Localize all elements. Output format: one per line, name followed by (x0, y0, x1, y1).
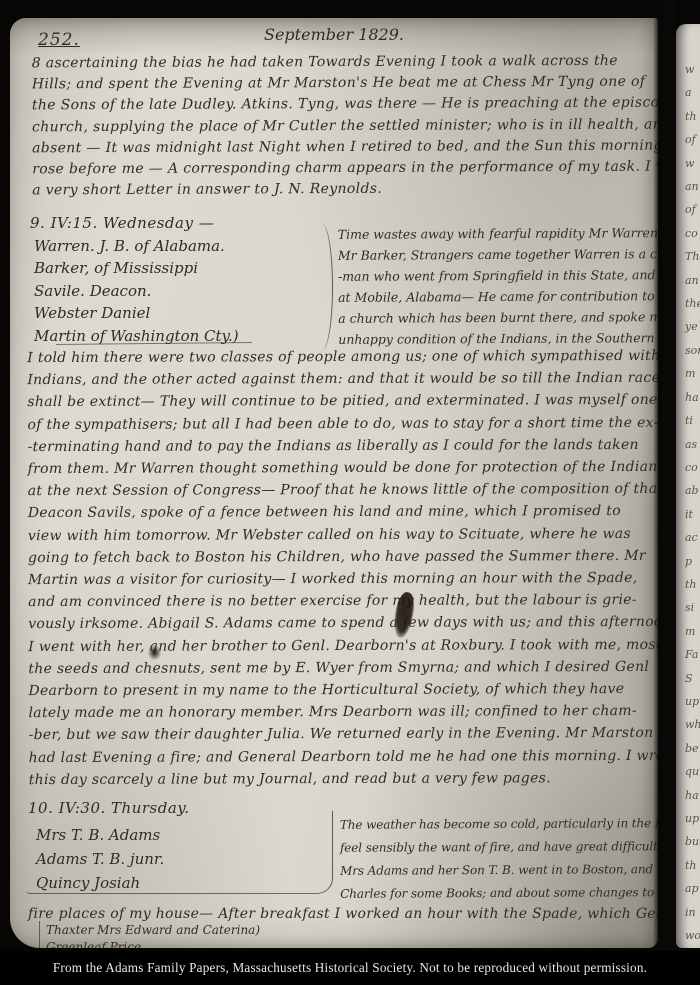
text-fragment: m (685, 620, 700, 643)
manuscript-line: this day scarcely a line but my Journal,… (29, 767, 657, 791)
manuscript-line: Greenleaf Price. (46, 939, 466, 948)
manuscript-line: absent — It was midnight last Night when… (32, 135, 648, 159)
manuscript-line: from them. Mr Warren thought something w… (28, 456, 656, 480)
attribution-band: From the Adams Family Papers, Massachuse… (0, 951, 700, 985)
text-fragment: ti (685, 409, 700, 432)
margin-brace (316, 224, 333, 350)
manuscript-line: the Sons of the late Dudley. Atkins. Tyn… (32, 93, 648, 117)
entry-sep10-side-column: The weather has become so cold, particul… (340, 812, 654, 906)
text-fragment: ha (685, 784, 700, 807)
entry-sep9-margin-names: Warren. J. B. of Alabama.Barker, of Miss… (34, 235, 324, 347)
margin-box (26, 811, 333, 894)
adjacent-page-fragments: wathofwanofcoThaantheyesonmhatiascoabita… (676, 24, 700, 947)
manuscript-line: Time wastes away with fearful rapidity M… (338, 222, 654, 245)
manuscript-line: and am convinced there is no better exer… (28, 589, 656, 613)
ink-smudge (148, 645, 161, 660)
manuscript-line: a very short Letter in answer to J. N. R… (32, 178, 648, 202)
text-fragment: co (685, 456, 700, 479)
text-fragment: qu (685, 760, 700, 783)
manuscript-line: Thaxter Mrs Edward and Caterina) (46, 922, 466, 939)
text-fragment: a (685, 81, 700, 104)
manuscript-line: at Mobile, Alabama— He came for contribu… (338, 285, 654, 308)
text-fragment: wh (685, 713, 700, 736)
manuscript-line: Deacon Savils, spoke of a fence between … (28, 500, 656, 524)
entry-sep9-body: I told him there were two classes of peo… (27, 345, 657, 791)
text-fragment: an (685, 269, 700, 292)
text-fragment: of (685, 128, 700, 151)
manuscript-line: at the next Session of Congress— Proof t… (28, 478, 656, 502)
entry-sep10-inserted-names: Thaxter Mrs Edward and Caterina)Greenlea… (46, 922, 466, 948)
manuscript-line: 8 ascertaining the bias he had taken Tow… (32, 51, 648, 75)
text-fragment: ap (685, 877, 700, 900)
manuscript-line: the seeds and chesnuts, sent me by E. Wy… (28, 656, 656, 680)
binding-gutter (653, 0, 677, 952)
entry-sep9-side-column: Time wastes away with fearful rapidity M… (338, 222, 655, 350)
text-fragment: up (685, 807, 700, 830)
text-fragment: ha (685, 386, 700, 409)
text-fragment: w (685, 152, 700, 175)
manuscript-line: feel sensibly the want of fire, and have… (340, 835, 654, 860)
text-fragment: S (685, 667, 700, 690)
text-fragment: w (685, 58, 700, 81)
text-fragment: but (685, 830, 700, 853)
manuscript-line: shall be extinct— They will continue to … (27, 389, 655, 413)
manuscript-line: I told him there were two classes of peo… (27, 345, 655, 369)
manuscript-line: of the sympathisers; but all I had been … (27, 412, 655, 436)
text-fragment: Tha (685, 245, 700, 268)
text-fragment: Fa (685, 643, 700, 666)
adjacent-page-sliver: wathofwanofcoThaantheyesonmhatiascoabita… (676, 24, 700, 948)
text-fragment: th (685, 573, 700, 596)
entry-sep8: 8 ascertaining the bias he had taken Tow… (32, 51, 649, 202)
text-fragment: ye (685, 315, 700, 338)
manuscript-line: Dearborn to present in my name to the Ho… (28, 678, 656, 702)
manuscript-line: I went with her, and her brother to Genl… (28, 634, 656, 658)
manuscript-line: -man who went from Springfield in this S… (338, 264, 654, 287)
text-fragment: up (685, 690, 700, 713)
text-fragment: it (685, 503, 700, 526)
manuscript-line: rose before me — A corresponding charm a… (32, 157, 648, 181)
text-fragment: ab (685, 479, 700, 502)
manuscript-line: Indians, and the other acted against the… (27, 367, 655, 391)
manuscript-line: The weather has become so cold, particul… (340, 812, 654, 837)
manuscript-line: view with him tomorrow. Mr Webster calle… (28, 523, 656, 547)
manuscript-line: Martin was a visitor for curiosity— I wo… (28, 567, 656, 591)
manuscript-line: -ber, but we saw their daughter Julia. W… (29, 722, 657, 746)
attribution-text: From the Adams Family Papers, Massachuse… (53, 960, 647, 976)
text-fragment: ac (685, 526, 700, 549)
text-fragment: an (685, 175, 700, 198)
manuscript-line: Mrs Adams and her Son T. B. went in to B… (340, 858, 654, 883)
margin-name: Warren. J. B. of Alabama. (34, 235, 324, 257)
text-fragment: of (685, 198, 700, 221)
margin-name: Barker, of Mississippi (34, 257, 324, 279)
text-fragment: in (685, 901, 700, 924)
manuscript-line: Hills; and spent the Evening at Mr Marst… (32, 72, 648, 96)
text-fragment: the (685, 292, 700, 315)
text-fragment: th (685, 854, 700, 877)
margin-name: Savile. Deacon. (34, 280, 324, 302)
header-date: September 1829. (10, 25, 658, 44)
margin-name: Webster Daniel (34, 302, 324, 324)
text-fragment: wo (685, 924, 700, 947)
text-fragment: th (685, 105, 700, 128)
manuscript-line: going to fetch back to Boston his Childr… (28, 545, 656, 569)
manuscript-page: 252. September 1829. 8 ascertaining the … (10, 18, 658, 948)
text-fragment: co (685, 222, 700, 245)
text-fragment: son (685, 339, 700, 362)
manuscript-line: Mr Barker, Strangers came together Warre… (338, 243, 654, 266)
entry-sep9-heading: 9. IV:15. Wednesday — (30, 214, 214, 232)
text-fragment: m (685, 362, 700, 385)
manuscript-line: lately made me an honorary member. Mrs D… (28, 700, 656, 724)
insert-bracket (39, 921, 45, 948)
text-fragment: si (685, 596, 700, 619)
manuscript-line: -terminating hand and to pay the Indians… (28, 434, 656, 458)
manuscript-line: a church which has been burnt there, and… (338, 306, 654, 329)
manuscript-line: vously irksome. Abigail S. Adams came to… (28, 611, 656, 635)
text-fragment: be (685, 737, 700, 760)
manuscript-line: had last Evening a fire; and General Dea… (29, 745, 657, 769)
text-fragment: as (685, 433, 700, 456)
text-fragment: p (685, 550, 700, 573)
manuscript-line: church, supplying the place of Mr Cutler… (32, 114, 648, 138)
